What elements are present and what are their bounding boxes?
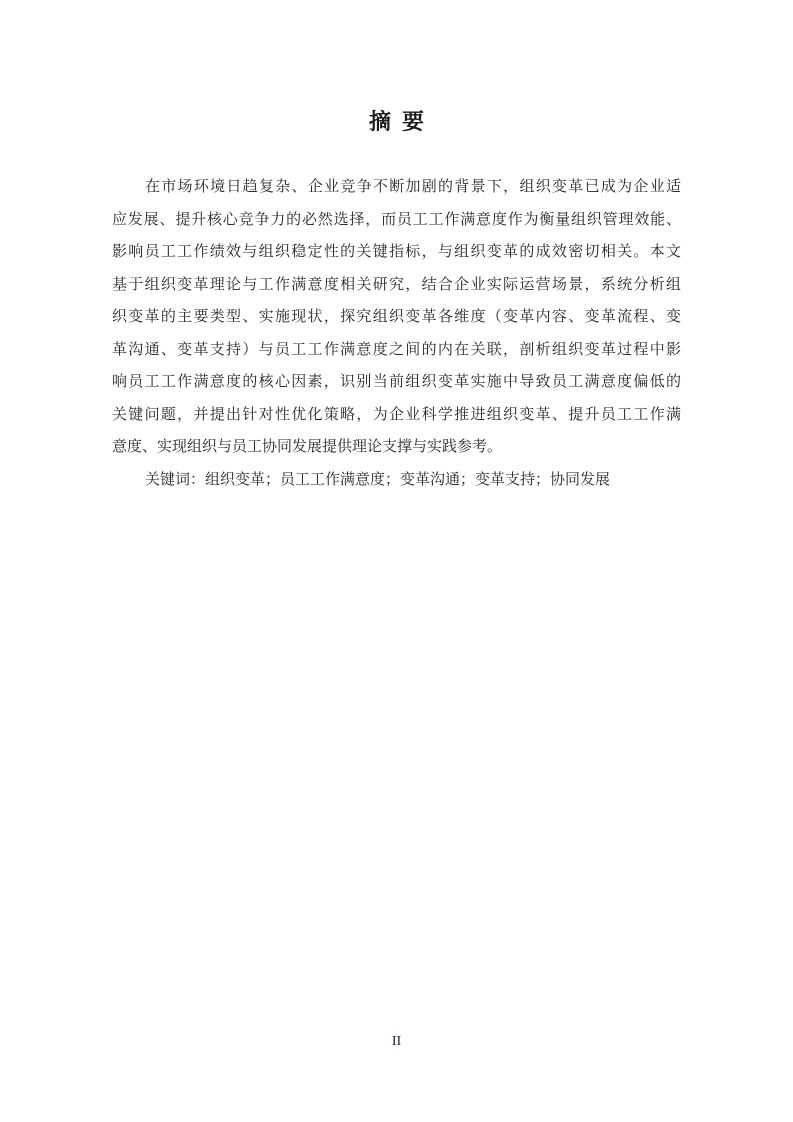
paragraph-line: 基于组织变革理论与工作满意度相关研究，结合企业实际运营场景，系统分析组 — [112, 269, 681, 302]
paragraph-line: 意度、实现组织与员工协同发展提供理论支撑与实践参考。 — [112, 431, 681, 464]
paragraph-line: 响员工工作满意度的核心因素，识别当前组织变革实施中导致员工满意度偏低的 — [112, 366, 681, 399]
paragraph-line: 应发展、提升核心竞争力的必然选择，而员工工作满意度作为衡量组织管理效能、 — [112, 204, 681, 237]
paragraph-line: 影响员工工作绩效与组织稳定性的关键指标，与组织变革的成效密切相关。本文 — [112, 236, 681, 269]
page-number: II — [0, 1033, 793, 1051]
abstract-paragraph: 在市场环境日趋复杂、企业竞争不断加剧的背景下，组织变革已成为企业适 应发展、提升… — [112, 171, 681, 496]
keywords-line: 关键词：组织变革；员工工作满意度；变革沟通；变革支持；协同发展 — [112, 464, 681, 497]
paragraph-line: 织变革的主要类型、实施现状，探究组织变革各维度（变革内容、变革流程、变 — [112, 301, 681, 334]
document-page: 摘 要 在市场环境日趋复杂、企业竞争不断加剧的背景下，组织变革已成为企业适 应发… — [0, 0, 793, 1122]
abstract-title: 摘 要 — [0, 107, 793, 137]
paragraph-line: 在市场环境日趋复杂、企业竞争不断加剧的背景下，组织变革已成为企业适 — [112, 171, 681, 204]
paragraph-line: 关键问题，并提出针对性优化策略，为企业科学推进组织变革、提升员工工作满 — [112, 399, 681, 432]
paragraph-line: 革沟通、变革支持）与员工工作满意度之间的内在关联，剖析组织变革过程中影 — [112, 334, 681, 367]
